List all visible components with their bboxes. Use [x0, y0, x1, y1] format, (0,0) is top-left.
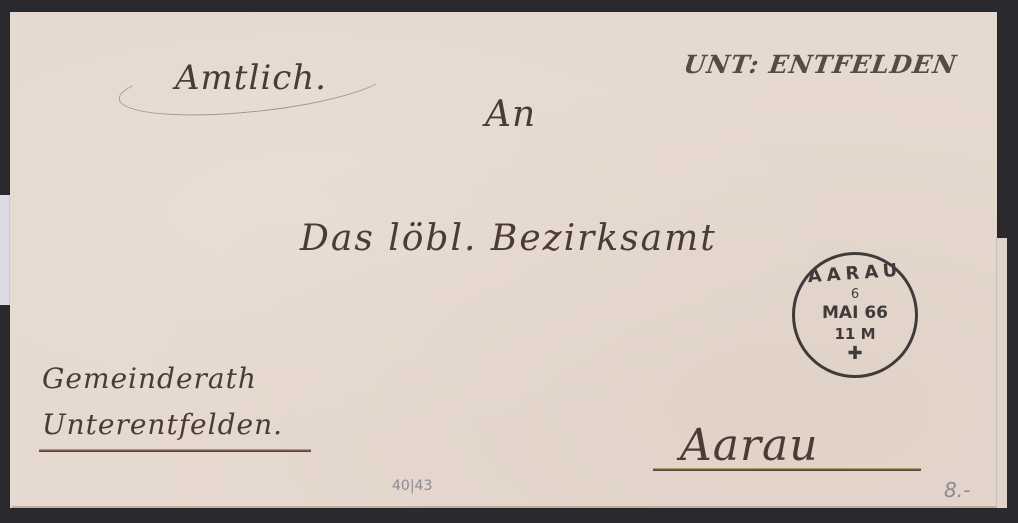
destination: Aarau	[680, 420, 819, 471]
addressee: Das löbl. Bezirksamt	[300, 218, 717, 259]
swiss-cross-icon: ✚	[795, 343, 915, 364]
postmark-day: 6	[795, 287, 915, 302]
sender-line-2: Unterentfelden.	[42, 408, 283, 441]
salutation: An	[485, 94, 536, 135]
header-note-amtlich: Amtlich.	[175, 58, 327, 98]
cancellation-line-stamp: UNT: ENTFELDEN	[682, 50, 959, 79]
envelope-flap-edge	[996, 238, 1007, 508]
backing-card-edge	[0, 195, 10, 305]
pencil-price-note: 8.-	[944, 478, 970, 502]
envelope-bottom-edge	[12, 506, 997, 508]
sender-underline	[39, 449, 311, 452]
postmark-date: MAI 66	[795, 303, 915, 323]
aarau-postmark: AARAU 6 MAI 66 11 M ✚	[792, 252, 918, 378]
destination-underline	[653, 468, 921, 471]
sender-line-1: Gemeinderath	[42, 362, 257, 395]
pencil-reference-note: 40|43	[392, 478, 432, 494]
postmark-time: 11 M	[795, 325, 915, 343]
